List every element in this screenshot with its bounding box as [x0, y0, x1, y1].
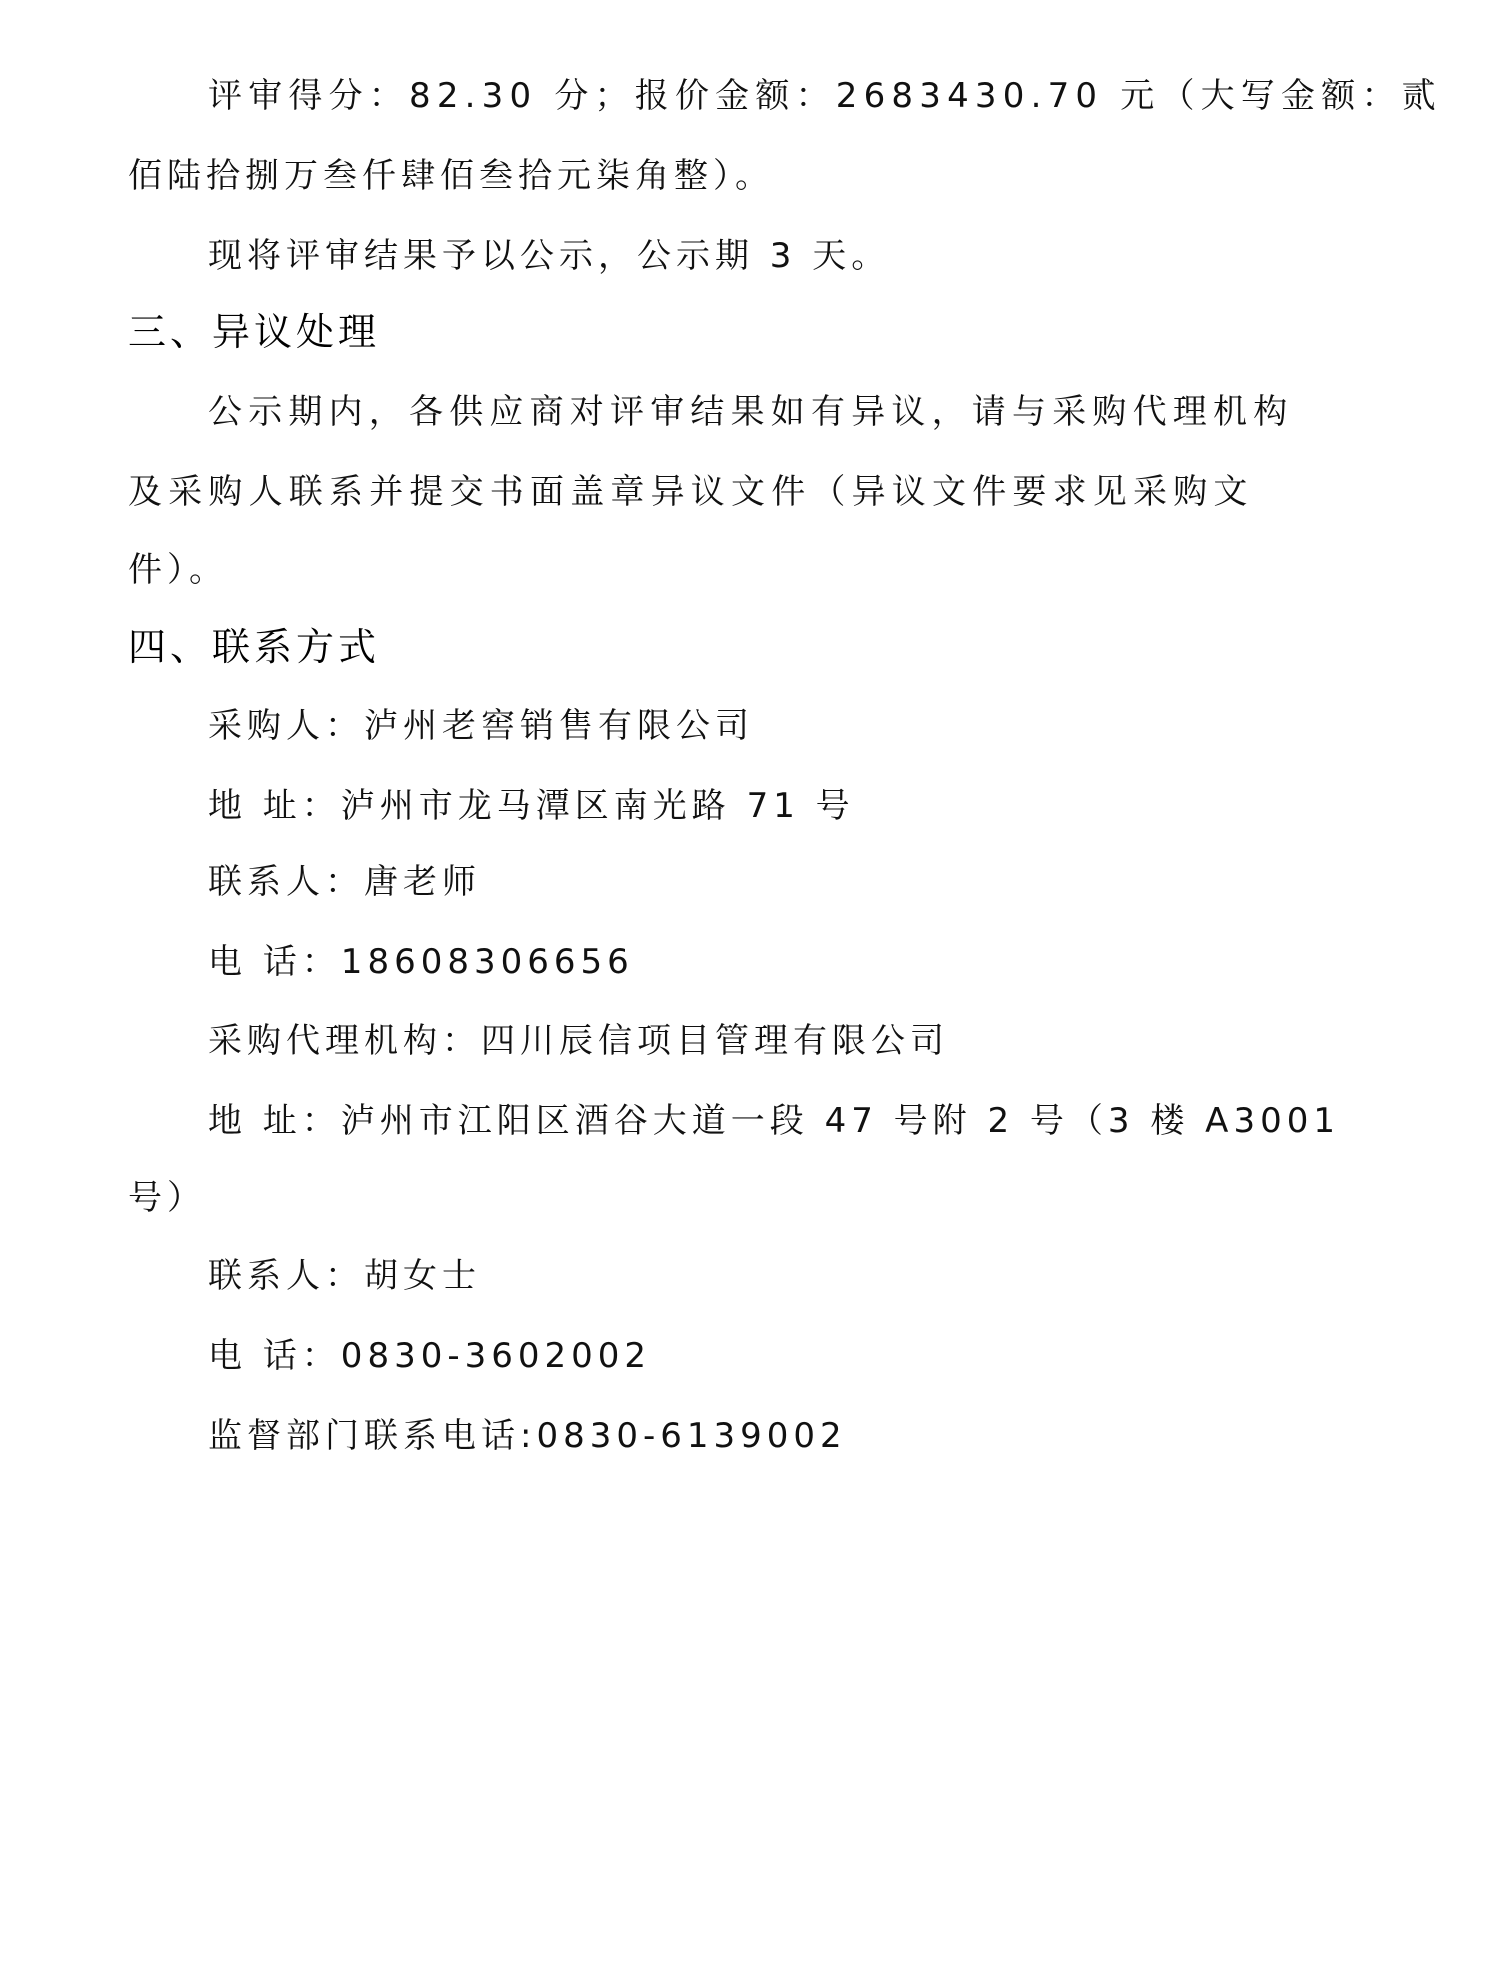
purchaser-phone: 电 话：18608306656	[208, 942, 634, 982]
objection-paragraph-line-2: 及采购人联系并提交书面盖章异议文件（异议文件要求见采购文	[128, 472, 1254, 512]
purchaser-name: 采购人：泸州老窖销售有限公司	[208, 706, 754, 746]
objection-paragraph-line-1: 公示期内，各供应商对评审结果如有异议，请与采购代理机构	[208, 392, 1293, 432]
evaluation-score-line-2: 佰陆拾捌万叁仟肆佰叁拾元柒角整）。	[128, 156, 774, 196]
purchaser-address: 地 址：泸州市龙马潭区南光路 71 号	[208, 786, 855, 826]
agency-contact: 联系人：胡女士	[208, 1256, 481, 1296]
agency-name: 采购代理机构：四川辰信项目管理有限公司	[208, 1021, 949, 1061]
evaluation-score-line-1: 评审得分：82.30 分；报价金额：2683430.70 元（大写金额：贰	[208, 76, 1442, 116]
supervision-phone: 监督部门联系电话:0830-6139002	[208, 1416, 847, 1456]
agency-address-line-2: 号）	[128, 1178, 206, 1218]
publicity-period: 现将评审结果予以公示，公示期 3 天。	[208, 236, 890, 276]
objection-paragraph-line-3: 件）。	[128, 550, 228, 590]
agency-address-line-1: 地 址：泸州市江阳区酒谷大道一段 47 号附 2 号（3 楼 A3001	[208, 1101, 1340, 1141]
agency-phone: 电 话：0830-3602002	[208, 1336, 651, 1376]
section-heading-objection: 三、异议处理	[128, 312, 380, 352]
purchaser-contact: 联系人：唐老师	[208, 862, 481, 902]
section-heading-contact: 四、联系方式	[128, 627, 380, 667]
document-page: 评审得分：82.30 分；报价金额：2683430.70 元（大写金额：贰 佰陆…	[0, 0, 1500, 1979]
